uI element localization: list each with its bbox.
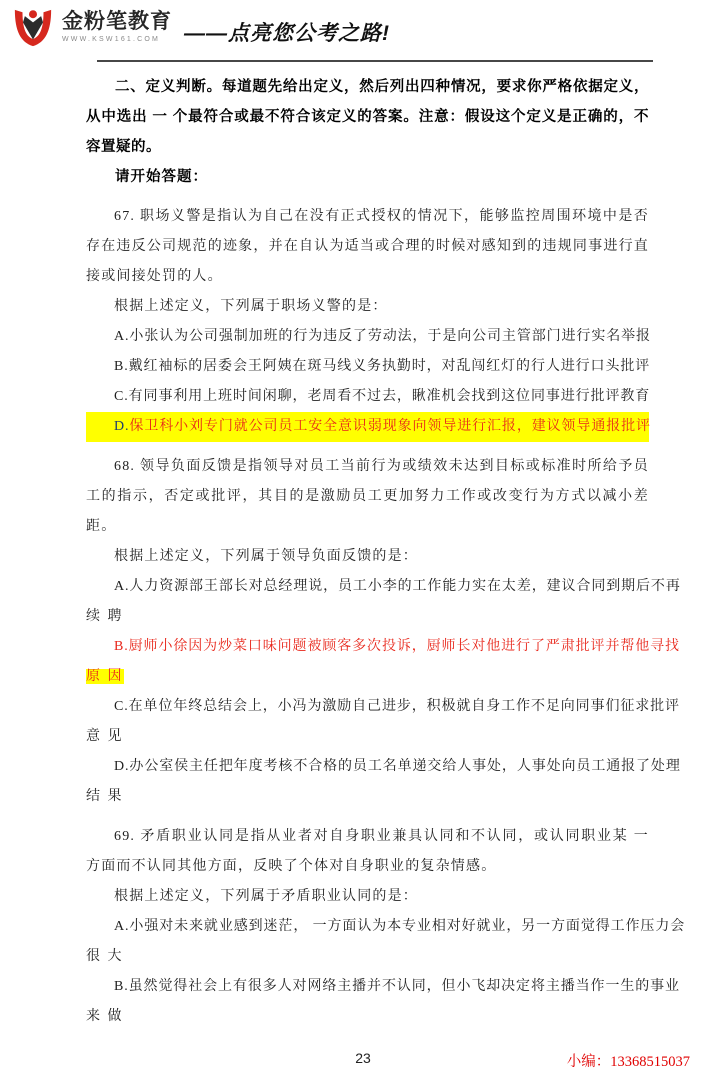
option-68-a-wrap: 续 聘 [86,602,649,632]
option-text: 小强对未来就业感到迷茫， 一方面认为本专业相对好就业，另一方面觉得工作压力会 [129,919,685,934]
option-69-b-wrap: 来 做 [86,1002,649,1032]
option-label: B. [114,979,129,994]
page-footer: 23 小编：13368515037 [0,1050,726,1072]
question-prompt: 根据上述定义，下列属于职场义警的是： [86,292,649,322]
option-text: 虽然觉得社会上有很多人对网络主播并不认同，但小飞却决定将主播当作一生的事业 [129,979,680,994]
question-prompt: 根据上述定义，下列属于领导负面反馈的是： [86,542,649,572]
option-67-b: B.戴红袖标的居委会王阿姨在斑马线义务执勤时，对乱闯红灯的行人进行口头批评 [86,352,649,382]
section-instructions: 二、定义判断。每道题先给出定义，然后列出四种情况，要求你严格依据定义，从中选出 … [86,72,649,162]
option-label: D. [114,759,129,774]
header-divider [97,60,653,62]
option-text: 保卫科小刘专门就公司员工安全意识弱现象向领导进行汇报，建议领导通报批评 [129,419,651,434]
option-text: 在单位年终总结会上，小冯为激励自己进步，积极就自身工作不足向同事们征求批评 [129,699,680,714]
option-68-d: D.办公室侯主任把年度考核不合格的员工名单递交给人事处，人事处向员工通报了处理 [86,752,649,782]
option-69-a: A.小强对未来就业感到迷茫， 一方面认为本专业相对好就业，另一方面觉得工作压力会 [86,912,649,942]
document-page: 金粉笔教育 WWW.KSW161.COM ——点亮您公考之路! 二、定义判断。每… [0,0,726,1079]
question-69: 69. 矛盾职业认同是指从业者对自身职业兼具认同和不认同，或认同职业某 一 方面… [86,822,649,1032]
option-67-a: A.小张认为公司强制加班的行为违反了劳动法，于是向公司主管部门进行实名举报 [86,322,649,352]
option-68-c: C.在单位年终总结会上，小冯为激励自己进步，积极就自身工作不足向同事们征求批评 [86,692,649,722]
option-label: A. [114,579,129,594]
option-label: A. [114,329,129,344]
option-69-a-wrap: 很 大 [86,942,649,972]
option-text: 人力资源部王部长对总经理说，员工小李的工作能力实在太差，建议合同到期后不再 [129,579,680,594]
brand-logo: 金粉笔教育 WWW.KSW161.COM [10,8,172,50]
page-number: 23 [355,1050,371,1066]
option-label: B. [114,359,129,374]
brand-name: 金粉笔教育 [62,10,172,34]
question-stem: 68. 领导负面反馈是指领导对员工当前行为或绩效未达到目标或标准时所给予员工的指… [86,452,649,542]
start-answering-prompt: 请开始答题： [86,162,649,192]
option-text: 办公室侯主任把年度考核不合格的员工名单递交给人事处，人事处向员工通报了处理 [129,759,680,774]
option-68-b-wrap-highlighted: 原 因 [86,662,649,692]
option-label: D. [114,419,129,434]
option-text: 小张认为公司强制加班的行为违反了劳动法，于是向公司主管部门进行实名举报 [129,329,651,344]
question-67: 67. 职场义警是指认为自己在没有正式授权的情况下，能够监控周围环境中是否存在违… [86,202,649,442]
document-body: 二、定义判断。每道题先给出定义，然后列出四种情况，要求你严格依据定义，从中选出 … [86,72,649,1032]
question-stem: 67. 职场义警是指认为自己在没有正式授权的情况下，能够监控周围环境中是否存在违… [86,202,649,292]
option-text: 有同事利用上班时间闲聊，老周看不过去，瞅准机会找到这位同事进行批评教育 [129,389,651,404]
option-label: B. [114,639,129,654]
option-69-b: B.虽然觉得社会上有很多人对网络主播并不认同，但小飞却决定将主播当作一生的事业 [86,972,649,1002]
brand-url: WWW.KSW161.COM [62,36,172,43]
option-68-b-marked: B.厨师小徐因为炒菜口味问题被顾客多次投诉，厨师长对他进行了严肃批评并帮他寻找 [86,632,649,662]
option-67-c: C.有同事利用上班时间闲聊，老周看不过去，瞅准机会找到这位同事进行批评教育 [86,382,649,412]
option-68-c-wrap: 意 见 [86,722,649,752]
question-stem: 69. 矛盾职业认同是指从业者对自身职业兼具认同和不认同，或认同职业某 一 方面… [86,822,649,882]
option-text: 戴红袖标的居委会王阿姨在斑马线义务执勤时，对乱闯红灯的行人进行口头批评 [129,359,651,374]
brand-text-block: 金粉笔教育 WWW.KSW161.COM [62,8,172,43]
option-label: C. [114,389,129,404]
option-label: C. [114,699,129,714]
question-prompt: 根据上述定义，下列属于矛盾职业认同的是： [86,882,649,912]
brand-tagline: ——点亮您公考之路! [184,8,390,47]
person-u-logo-icon [10,8,56,50]
option-68-d-wrap: 结 果 [86,782,649,812]
editor-contact-phone: 小编：13368515037 [567,1050,690,1071]
question-68: 68. 领导负面反馈是指领导对员工当前行为或绩效未达到目标或标准时所给予员工的指… [86,452,649,812]
option-68-a: A.人力资源部王部长对总经理说，员工小李的工作能力实在太差，建议合同到期后不再 [86,572,649,602]
highlighted-fragment: 原 因 [86,669,124,684]
option-67-d-highlighted: D.保卫科小刘专门就公司员工安全意识弱现象向领导进行汇报，建议领导通报批评 [86,412,649,442]
option-label: A. [114,919,129,934]
option-text: 厨师小徐因为炒菜口味问题被顾客多次投诉，厨师长对他进行了严肃批评并帮他寻找 [129,639,680,654]
page-header: 金粉笔教育 WWW.KSW161.COM ——点亮您公考之路! [10,8,716,50]
